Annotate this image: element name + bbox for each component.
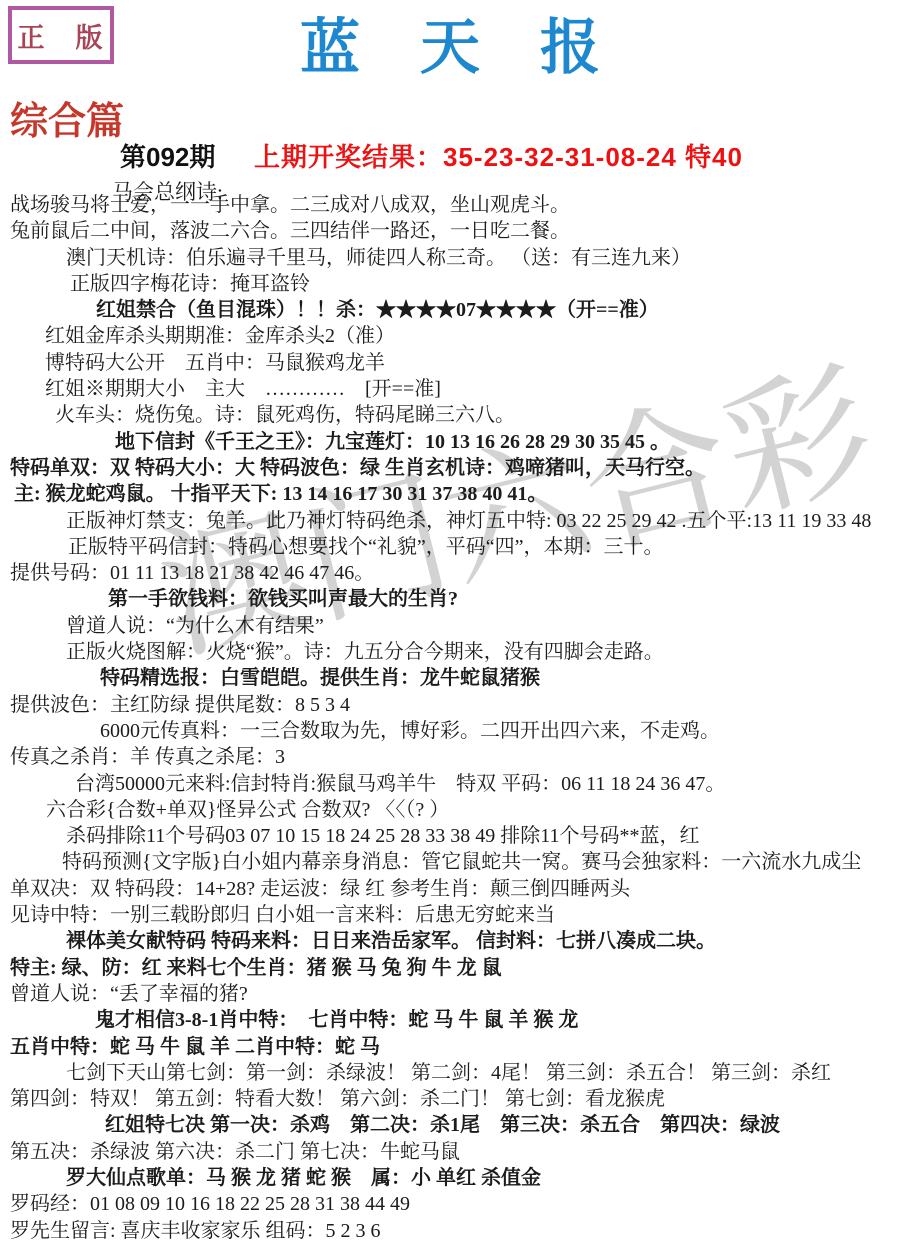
body-line: 七剑下天山第七剑：第一剑：杀绿波！ 第二剑：4尾！ 第三剑：杀五合！ 第三剑：杀… bbox=[0, 1060, 900, 1086]
previous-draw-result: 上期开奖结果：35-23-32-31-08-24 特40 bbox=[254, 137, 743, 174]
body-line: 火车头：烧伤兔。诗：鼠死鸡伤，特码尾睇三六八。 bbox=[0, 402, 900, 428]
body-line: 战场骏马将士爱，一一手中拿。二三成对八成双，坐山观虎斗。 bbox=[0, 192, 900, 218]
body-line: 鬼才相信3-8-1肖中特： 七肖中特：蛇 马 牛 鼠 羊 猴 龙 bbox=[0, 1007, 900, 1033]
body-line: 五肖中特：蛇 马 牛 鼠 羊 二肖中特：蛇 马 bbox=[0, 1034, 900, 1060]
body-line: 正版火烧图解：火烧“猴”。诗：九五分合今期来，没有四脚会走路。 bbox=[0, 639, 900, 665]
body-line: 地下信封《千王之王》：九宝莲灯：10 13 16 26 28 29 30 35 … bbox=[0, 429, 900, 455]
body-line: 特码精选报：白雪皑皑。提供生肖：龙牛蛇鼠猪猴 bbox=[0, 665, 900, 691]
body-line: 6000元传真料：一三合数取为先，博好彩。二四开出四六来，不走鸡。 bbox=[0, 718, 900, 744]
body-line: 提供波色：主红防绿 提供尾数：8 5 3 4 bbox=[0, 692, 900, 718]
body-line: 正版特平码信封：特码心想要找个“礼貌”，平码“四”，本期：三十。 bbox=[0, 534, 900, 560]
body-line: 正版神灯禁支：兔羊。此乃神灯特码绝杀，神灯五中特: 03 22 25 29 42… bbox=[0, 508, 900, 534]
body-line: 罗码经：01 08 09 10 16 18 22 25 28 31 38 44 … bbox=[0, 1191, 900, 1217]
body-line: 澳门天机诗：伯乐遍寻千里马，师徒四人称三奇。 （送：有三连九来） bbox=[0, 245, 900, 271]
body-line: 第五决：杀绿波 第六决：杀二门 第七决：牛蛇马鼠 bbox=[0, 1139, 900, 1165]
body-line: 见诗中特：一别三载盼郎归 白小姐一言来料：后患无穷蛇来当 bbox=[0, 902, 900, 928]
page-title: 蓝 天 报 bbox=[0, 6, 900, 90]
body-line: 提供号码：01 11 13 18 21 38 42 46 47 46。 bbox=[0, 560, 900, 586]
body-lines: 战场骏马将士爱，一一手中拿。二三成对八成双，坐山观虎斗。兔前鼠后二中间，落波二六… bbox=[0, 192, 900, 1243]
newspaper-page: 澳门六合彩 正 版 蓝 天 报 综合篇 第092期 上期开奖结果：35-23-3… bbox=[0, 0, 900, 1243]
body-line: 博特码大公开 五肖中：马鼠猴鸡龙羊 bbox=[0, 350, 900, 376]
body-line: 第四剑：特双！ 第五剑：特看大数！ 第六剑：杀二门！ 第七剑：看龙猴虎 bbox=[0, 1086, 900, 1112]
body-line: 罗大仙点歌单：马 猴 龙 猪 蛇 猴 属：小 单红 杀值金 bbox=[0, 1165, 900, 1191]
body-line: 兔前鼠后二中间，落波二六合。三四结伴一路还，一日吃二餐。 bbox=[0, 218, 900, 244]
body-line: 传真之杀肖：羊 传真之杀尾：3 bbox=[0, 744, 900, 770]
issue-number: 第092期 bbox=[120, 137, 215, 174]
section-heading: 综合篇 bbox=[10, 90, 124, 145]
body-line: 特主: 绿、防：红 来料七个生肖：猪 猴 马 兔 狗 牛 龙 鼠 bbox=[0, 955, 900, 981]
body-line: 主: 猴龙蛇鸡鼠。 十指平天下: 13 14 16 17 30 31 37 38… bbox=[0, 481, 900, 507]
body-line: 特码预测{文字版}白小姐内幕亲身消息：管它鼠蛇共一窝。赛马会独家料：一六流水九成… bbox=[0, 849, 900, 875]
body-line: 单双决：双 特码段：14+28? 走运波：绿 红 参考生肖：颠三倒四睡两头 bbox=[0, 876, 900, 902]
body-line: 台湾50000元来料:信封特肖:猴鼠马鸡羊牛 特双 平码：06 11 18 24… bbox=[0, 771, 900, 797]
body-line: 曾道人说：“为什么木有结果” bbox=[0, 613, 900, 639]
body-line: 特码单双：双 特码大小：大 特码波色：绿 生肖玄机诗：鸡啼猪叫，天马行空。 bbox=[0, 455, 900, 481]
body-line: 正版四字梅花诗：掩耳盗铃 bbox=[0, 271, 900, 297]
body-line: 裸体美女献特码 特码来料：日日来浩岳家军。 信封料：七拼八凑成二块。 bbox=[0, 928, 900, 954]
body-line: 曾道人说：“丢了幸福的猪? bbox=[0, 981, 900, 1007]
body-line: 罗先生留言: 喜庆丰收家家乐 组码：5 2 3 6 bbox=[0, 1218, 900, 1243]
body-line: 红姐※期期大小 主大 ………… [开==准] bbox=[0, 376, 900, 402]
body-line: 第一手欲钱料：欲钱买叫声最大的生肖? bbox=[0, 586, 900, 612]
body-line: 红姐金库杀头期期准：金库杀头2（准） bbox=[0, 323, 900, 349]
body-line: 六合彩{合数+单双}怪异公式 合数双? 〈〈（? ） bbox=[0, 797, 900, 823]
body-line: 红姐禁合（鱼目混珠）！！杀：★★★★07★★★★（开==准） bbox=[0, 297, 900, 323]
body-line: 红姐特七决 第一决：杀鸡 第二决：杀1尾 第三决：杀五合 第四决：绿波 bbox=[0, 1112, 900, 1138]
body-line: 杀码排除11个号码03 07 10 15 18 24 25 28 33 38 4… bbox=[0, 823, 900, 849]
